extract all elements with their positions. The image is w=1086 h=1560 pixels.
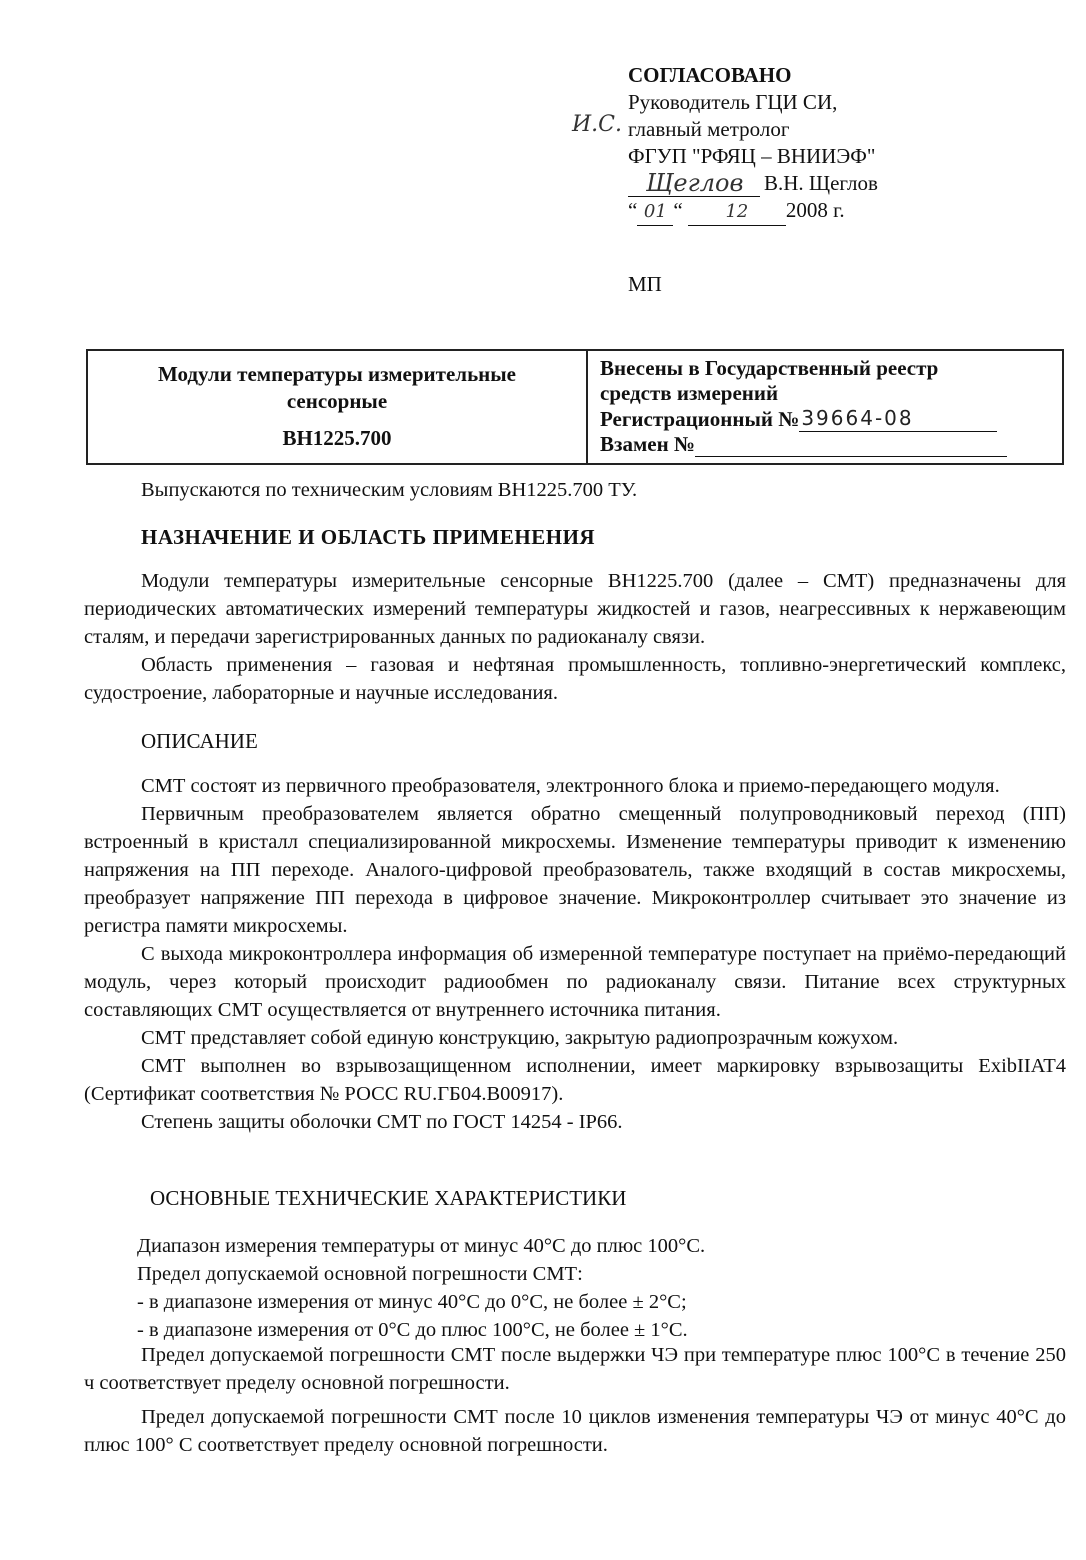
paragraph: Предел допускаемой погрешности СМТ после… [84,1403,1066,1459]
section-purpose: НАЗНАЧЕНИЕ И ОБЛАСТЬ ПРИМЕНЕНИЯ [84,523,1066,551]
registry-line2: средств измерений [600,381,1062,406]
spec-line: Диапазон измерения температуры от минус … [137,1232,1067,1260]
tu-text: Выпускаются по техническим условиям ВН12… [84,476,1066,504]
replacement-number-row: Взамен № [600,432,1062,457]
approval-title: СОГЛАСОВАНО [628,62,878,89]
product-name-line2: сенсорные [88,388,586,415]
paragraph: Модули температуры измерительные сенсорн… [84,567,1066,651]
purpose-body: Модули температуры измерительные сенсорн… [84,567,1066,707]
paragraph: Предел допускаемой погрешности СМТ после… [84,1341,1066,1397]
tu-line: Выпускаются по техническим условиям ВН12… [84,476,1066,504]
specs-body: Предел допускаемой погрешности СМТ после… [84,1341,1066,1459]
paragraph: Область применения – газовая и нефтяная … [84,651,1066,707]
spec-line: Предел допускаемой основной погрешности … [137,1260,1067,1288]
handwritten-signature: Щеглов [646,170,743,197]
specs-list: Диапазон измерения температуры от минус … [137,1232,1067,1344]
registration-number-value: 39664-08 [799,406,913,430]
signature-line: Щеглов В.Н. Щеглов [628,170,878,197]
registry-line1: Внесены в Государственный реестр [600,356,1062,381]
stamp-label: МП [628,272,662,297]
date-month: 12 [688,198,786,226]
registration-table: Модули температуры измерительные сенсорн… [86,349,1064,465]
date-year: 2008 г. [786,198,845,222]
paragraph: СМТ состоят из первичного преобразовател… [84,772,1066,800]
paragraph: Первичным преобразователем является обра… [84,800,1066,940]
section-heading-specs: ОСНОВНЫЕ ТЕХНИЧЕСКИЕ ХАРАКТЕРИСТИКИ [150,1184,1050,1212]
spec-line: - в диапазоне измерения от 0°С до плюс 1… [137,1316,1067,1344]
description-body: СМТ состоят из первичного преобразовател… [84,772,1066,1136]
approval-date: “01“ 122008 г. [628,197,878,226]
registry-cell: Внесены в Государственный реестр средств… [588,351,1062,463]
replacement-number-label: Взамен № [600,432,695,456]
product-model: ВН1225.700 [88,425,586,452]
registration-number-label: Регистрационный № [600,407,799,431]
registration-number-row: Регистрационный №39664-08 [600,406,1062,432]
paragraph: СМТ выполнен во взрывозащищенном исполне… [84,1052,1066,1108]
section-heading-purpose: НАЗНАЧЕНИЕ И ОБЛАСТЬ ПРИМЕНЕНИЯ [84,523,1066,551]
spec-line: - в диапазоне измерения от минус 40°С до… [137,1288,1067,1316]
signature-field: Щеглов [628,172,760,197]
approval-line-org: ФГУП "РФЯЦ – ВНИИЭФ" [628,143,878,170]
section-heading-description: ОПИСАНИЕ [84,727,1066,755]
date-close-quote: “ [673,198,682,222]
paragraph: С выхода микроконтроллера информация об … [84,940,1066,1024]
registration-number-field: 39664-08 [799,406,997,432]
approval-line-position: Руководитель ГЦИ СИ, [628,89,878,116]
product-name-cell: Модули температуры измерительные сенсорн… [88,351,588,463]
paragraph: Степень защиты оболочки СМТ по ГОСТ 1425… [84,1108,1066,1136]
paragraph: СМТ представляет собой единую конструкци… [84,1024,1066,1052]
section-description: ОПИСАНИЕ [84,727,1066,755]
date-open-quote: “ [628,198,637,222]
product-name-line1: Модули температуры измерительные [88,361,586,388]
replacement-number-field [695,434,1007,457]
approval-line-role: главный метролог [628,116,878,143]
date-day: 01 [637,198,673,226]
approval-block: СОГЛАСОВАНО Руководитель ГЦИ СИ, главный… [628,62,878,226]
section-specs: ОСНОВНЫЕ ТЕХНИЧЕСКИЕ ХАРАКТЕРИСТИКИ [150,1184,1050,1212]
handwritten-initials: И.С. [572,112,622,137]
signatory-name: В.Н. Щеглов [764,171,878,195]
